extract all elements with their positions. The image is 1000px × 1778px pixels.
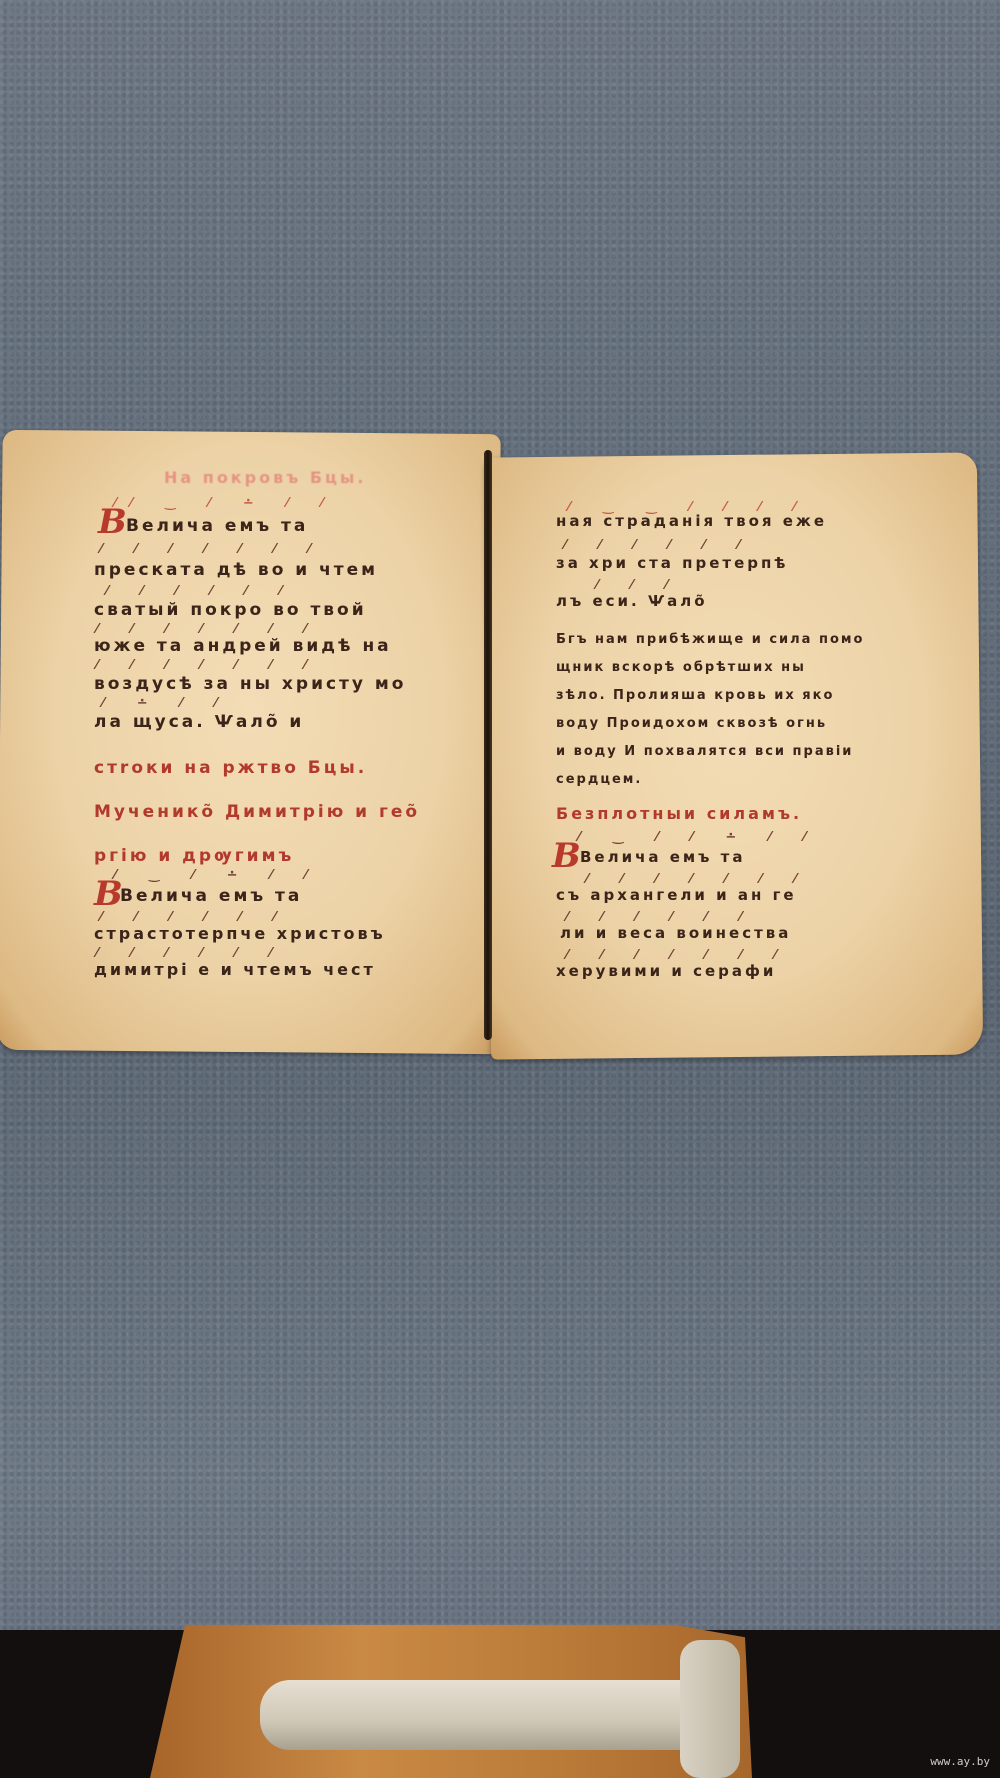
neume-row: ⁄ ⁄ ⁄ ⁄ ⁄ ⁄ [566,910,756,925]
neume-row: ⁄⁄ ‿ ⁄ ∸ ⁄ ⁄ [114,496,337,511]
text-line: страстотерпче христовъ [94,924,386,943]
text-line-red: Мученико̃ Димитрію и гео̃ [94,802,420,822]
stool-leg [680,1640,740,1778]
neume-row: ⁄ ⁄ ⁄ ⁄ ⁄ ⁄ [106,584,296,599]
text-line: и воду И похвалятся вси правiи [556,744,853,759]
watermark: www.ay.by [930,1755,990,1768]
text-line: щник вскорѣ обрѣтших ны [556,660,806,675]
text-line: лъ еси. Ѱало̃ [556,592,708,610]
text-line: димитрі е и чтемъ чест [94,960,376,979]
text-line: за хри ста претерпѣ [556,554,788,572]
red-initial-v: В [94,874,123,914]
text-line: ли и веса воинества [560,924,791,942]
right-page-text: ⁄ ‿ ‿ ⁄ ⁄ ⁄ ⁄ ная страданія твоя еже ⁄ ⁄… [556,500,896,1000]
text-line: Велича емъ та [120,886,302,906]
text-line: Велича емъ та [126,516,308,536]
neume-row: ⁄ ⁄ ⁄ ⁄ ⁄ ⁄ ⁄ [100,542,324,557]
red-initial-v: В [98,502,127,542]
neume-row: ⁄ ⁄ ⁄ ⁄ ⁄ ⁄ ⁄ [566,948,790,963]
neume-row: ⁄ ‿ ⁄ ⁄ ∸ ⁄ ⁄ [578,830,820,845]
text-line: воду Проидохом сквозѣ огнь [556,716,827,731]
neume-row: ⁄ ⁄ ⁄ ⁄ ⁄ ⁄ ⁄ [96,658,320,673]
text-line: зѣло. Пролияша кровь их яко [556,688,834,703]
neume-row: ⁄ ⁄ ⁄ ⁄ ⁄ ⁄ [564,538,754,553]
text-line-red: ргію и дрѹгимъ [94,846,294,866]
neume-row: ⁄ ∸ ⁄ ⁄ [102,696,231,711]
text-line: Бгъ нам прибѣжище и сила помо [556,632,864,647]
neume-row: ⁄ ⁄ ⁄ ⁄ ⁄ ⁄ ⁄ [96,622,320,637]
left-page-text: На покровъ Бцы. ⁄⁄ ‿ ⁄ ∸ ⁄ ⁄ В Велича ем… [92,460,452,1020]
text-line-red: Безплотныи силамъ. [556,804,802,823]
neume-row: ⁄ ‿ ⁄ ∸ ⁄ ⁄ [114,868,321,883]
text-line: сердцем. [556,772,642,787]
neume-row: ⁄ ⁄ ⁄ [596,578,682,593]
text-line: съ архангели и ан ге [556,886,797,904]
neume-row: ⁄ ⁄ ⁄ ⁄ ⁄ ⁄ ⁄ [586,872,810,887]
neume-row: ⁄ ⁄ ⁄ ⁄ ⁄ ⁄ [96,946,286,961]
stool-spindle [260,1680,730,1750]
text-line: преската дѣ во и чтем [94,560,378,580]
neume-row: ⁄ ⁄ ⁄ ⁄ ⁄ ⁄ [100,910,290,925]
text-line: ла щуса. Ѱало̃ и [94,712,304,732]
left-heading: На покровъ Бцы. [164,468,366,487]
text-line: ная страданія твоя еже [556,512,827,530]
text-line-red: стroки на ржтво Бцы. [94,758,367,778]
text-line: воздусѣ за ны христу мо [94,674,407,694]
red-initial-v: В [552,836,581,876]
text-line: Велича емъ та [580,848,746,866]
book-spine [484,450,492,1040]
text-line: сватый покро во твой [94,600,367,620]
text-line: юже та андрей видѣ на [94,636,392,656]
text-line: херувими и серафи [556,962,776,980]
